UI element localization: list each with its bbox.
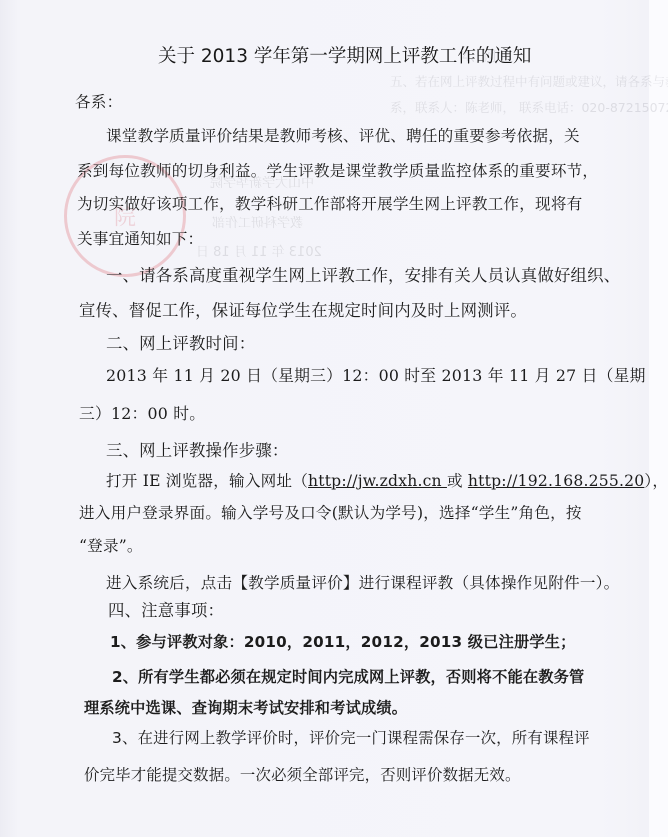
- section2-heading: 二、网上评教时间：: [106, 334, 255, 354]
- document-title: 关于 2013 学年第一学期网上评教工作的通知: [0, 42, 668, 68]
- notice-item-1: 1、参与评教对象：2010，2011，2012，2013 级已注册学生；: [110, 632, 576, 652]
- intro-line: 课堂教学质量评价结果是教师考核、评优、聘任的重要参考依据，关: [106, 126, 580, 146]
- section1-line: 宣传、督促工作，保证每位学生在规定时间内及时上网测评。: [79, 301, 527, 321]
- bleed-through-text: 教学科研工作部: [212, 212, 303, 231]
- bleed-through-text: 五、若在网上评教过程中有问题或建议，请各系与教学科研工作部联: [390, 72, 668, 90]
- page-edge: [649, 0, 668, 837]
- notice-item-2-cont: 理系统中选课、查询期末考试安排和考试成绩。: [84, 698, 407, 718]
- intro-line: 为切实做好该项工作，教学科研工作部将开展学生网上评教工作，现将有: [77, 194, 582, 214]
- section1-line: 一、请各系高度重视学生网上评教工作，安排有关人员认真做好组织、: [106, 266, 620, 286]
- url-line-prefix: 打开 IE 浏览器，输入网址（: [106, 472, 308, 490]
- section3-url-line: 打开 IE 浏览器，输入网址（http://jw.zdxh.cn 或 http:…: [106, 471, 668, 491]
- url-line-suffix: ），: [644, 472, 668, 490]
- section4-heading: 四、注意事项：: [108, 601, 224, 621]
- url-line-or: 或: [447, 472, 468, 490]
- section2-line: 2013 年 11 月 20 日（星期三）12：00 时至 2013 年 11 …: [106, 366, 646, 386]
- url-link-secondary[interactable]: http://192.168.255.20: [468, 472, 645, 490]
- section2-line: 三）12：00 时。: [79, 404, 205, 424]
- url-link-primary[interactable]: http://jw.zdxh.cn: [308, 472, 447, 490]
- notice-item-3: 3、在进行网上教学评价时，评价完一门课程需保存一次，所有课程评: [112, 728, 590, 748]
- salutation: 各系：: [75, 92, 122, 112]
- intro-line: 关事宜通知如下：: [77, 229, 203, 249]
- notice-item-2: 2、所有学生都必须在规定时间内完成网上评教，否则将不能在教务管: [112, 667, 584, 687]
- bleed-through-text: 系，联系人：陈老师， 联系电话：020-87215072。: [390, 98, 668, 116]
- section3-line: “登录”。: [79, 536, 143, 556]
- notice-item-3-cont: 价完毕才能提交数据。一次必须全部评完，否则评价数据无效。: [84, 765, 521, 785]
- intro-line: 系到每位教师的切身利益。学生评教是课堂教学质量监控体系的重要环节，: [77, 161, 598, 181]
- bleed-through-text: 2013 年 11 月 18 日: [196, 241, 322, 260]
- section3-heading: 三、网上评教操作步骤：: [106, 441, 289, 461]
- section3-line: 进入系统后，点击【教学质量评价】进行课程评教（具体操作见附件一）。: [106, 573, 619, 593]
- section3-line: 进入用户登录界面。输入学号及口令(默认为学号)，选择“学生”角色，按: [79, 503, 582, 523]
